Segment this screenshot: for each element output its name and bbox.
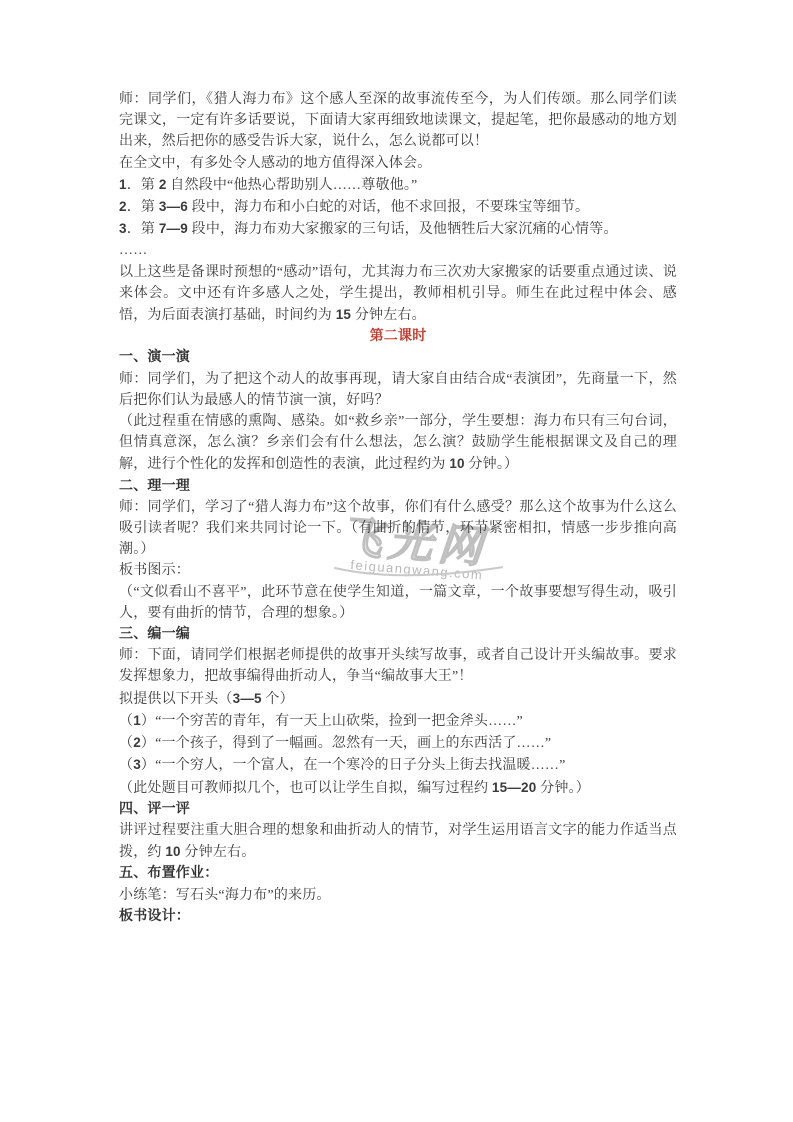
section-5-heading: 五、布置作业： xyxy=(119,863,677,884)
board-diagram-label: 板书图示： xyxy=(119,560,677,581)
document-body: 师：同学们，《猎人海力布》这个感人至深的故事流传至今，为人们传颂。那么同学们读完… xyxy=(119,89,677,927)
section-1-heading: 一、演一演 xyxy=(119,347,677,368)
section-4-heading: 四、评一评 xyxy=(119,799,677,820)
story-starter-3: （3）“一个穷人，一个富人，在一个寒冷的日子分头上街去找温暖……” xyxy=(119,754,677,776)
story-starter-1: （1）“一个穷苦的青年，有一天上山砍柴，捡到一把金斧头……” xyxy=(119,710,677,732)
homework-line: 小练笔：写石头“海力布”的来历。 xyxy=(119,885,677,906)
moving-points-intro: 在全文中，有多处令人感动的地方值得深入体会。 xyxy=(119,153,677,174)
section-4-paragraph: 讲评过程要注重大胆合理的想象和曲折动人的情节，对学生运用语言文字的能力作适当点拨… xyxy=(119,820,677,863)
board-design-heading: 板书设计： xyxy=(119,906,677,927)
section-2-note: （“文似看山不喜平”，此环节意在使学生知道，一篇文章，一个故事要想写得生动，吸引… xyxy=(119,582,677,624)
section-3-note: （此处题目可教师拟几个，也可以让学生自拟，编写过程约 15—20 分钟。） xyxy=(119,777,677,799)
section-3-teacher-line: 师：下面，请同学们根据老师提供的故事开头续写故事，或者自己设计开头编故事。要求发… xyxy=(119,645,677,687)
story-starters-intro: 拟提供以下开头（3—5 个） xyxy=(119,688,677,710)
story-starter-2: （2）“一个孩子，得到了一幅画。忽然有一天，画上的东西活了……” xyxy=(119,732,677,754)
section-1-teacher-line: 师：同学们，为了把这个动人的故事再现，请大家自由结合成“表演团”，先商量一下，然… xyxy=(119,369,677,411)
section-2-teacher-line: 师：同学们，学习了“猎人海力布”这个故事，你们有什么感受？那么这个故事为什么这么… xyxy=(119,497,677,561)
section-1-note: （此过程重在情感的熏陶、感染。如“救乡亲”一部分，学生要想：海力布只有三句台词，… xyxy=(119,411,677,476)
intro-paragraph: 师：同学们，《猎人海力布》这个感人至深的故事流传至今，为人们传颂。那么同学们读完… xyxy=(119,89,677,153)
section-3-heading: 三、编一编 xyxy=(119,624,677,645)
moving-point-1: 1．第 2 自然段中“他热心帮助别人……尊敬他。” xyxy=(119,174,677,196)
moving-point-3: 3．第 7—9 段中，海力布劝大家搬家的三句话，及他牺牲后大家沉痛的心情等。 xyxy=(119,218,677,240)
moving-point-2: 2．第 3—6 段中，海力布和小白蛇的对话，他不求回报，不要珠宝等细节。 xyxy=(119,196,677,218)
document-page: 飞光网 feiguangwang.com 师：同学们，《猎人海力布》这个感人至深… xyxy=(0,0,793,1122)
section-2-heading: 二、理一理 xyxy=(119,476,677,497)
lesson-2-heading: 第二课时 xyxy=(119,326,677,347)
ellipsis-line: …… xyxy=(119,240,677,261)
summary-paragraph: 以上这些是备课时预想的“感动”语句，尤其海力布三次劝大家搬家的话要重点通过读、说… xyxy=(119,262,677,327)
